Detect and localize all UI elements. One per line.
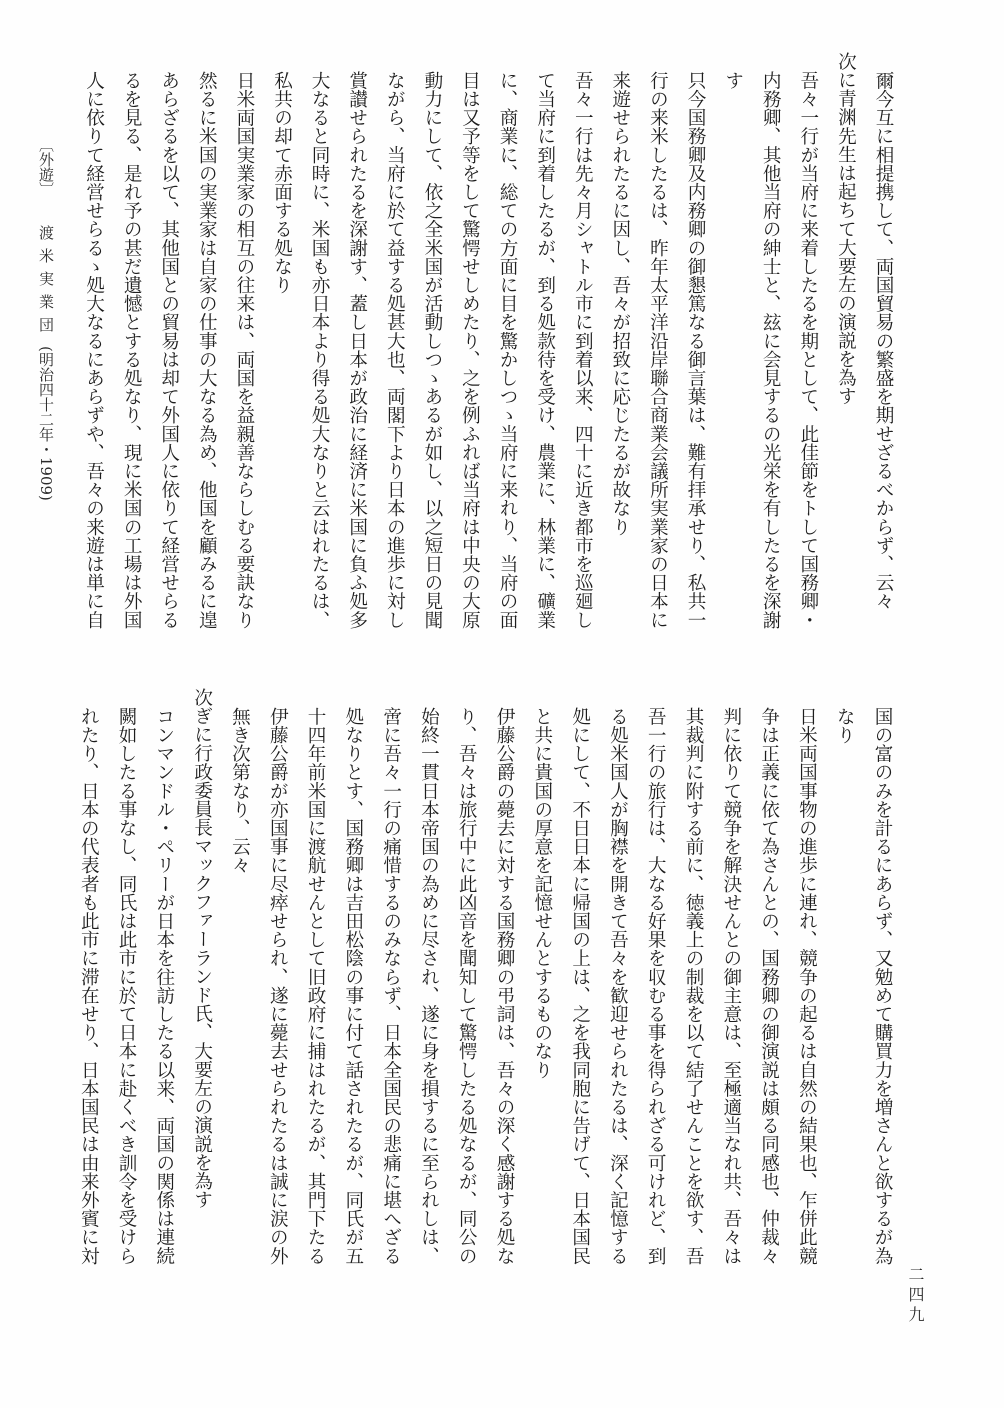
text-column: て当府に到着したるが、到る処款待を受け、農業に、林業に、礦業 (526, 52, 564, 652)
text-column: す (714, 52, 752, 652)
text-column: り、吾々は旅行中に此凶音を聞知して驚愕したる処なるが、同公の (447, 688, 485, 1288)
page-number: 二四九 (906, 1266, 924, 1326)
text-column-narrative: 次に青渊先生は起ちて大要左の演説を為す (827, 52, 865, 652)
text-column: 十四年前米国に渡航せんとして旧政府に捕はれたるが、其門下たる (296, 688, 334, 1288)
text-column: 国の富のみを計るにあらず、又勉めて購買力を増さんと欲するが為 (863, 688, 901, 1288)
text-column: 爾今互に相提携して、両国貿易の繁盛を期せざるべからず、云々 (864, 52, 902, 652)
text-column: 吾々一行が当府に来着したるを期として、此佳節をトして国務卿・ (789, 52, 827, 652)
text-column: 伊藤公爵が亦国事に尽瘁せられ、遂に薨去せられたるは誠に涙の外 (258, 688, 296, 1288)
book-page: 〔外遊〕渡米実業団(明治四十二年・1909) 爾今互に相提携して、両国貿易の繁盛… (0, 0, 1004, 1408)
text-column: る処米国人が胸襟を開きて吾々を歓迎せられたるは、深く記憶する (599, 688, 637, 1288)
text-column: 私共の却て赤面する処なり (263, 52, 301, 652)
text-column: コンマンドル・ペリーが日本を往訪したる以来、両国の関係は連続 (145, 688, 183, 1288)
text-column: 動力にして、依之全米国が活動しつゝあるが如し、以之短日の見聞 (413, 52, 451, 652)
text-column: なり (825, 688, 863, 1288)
text-column: と共に貴国の厚意を記憶せんとするものなり (523, 688, 561, 1288)
text-column: 其裁判に附する前に、徳義上の制裁を以て結了せんことを欲す、吾 (674, 688, 712, 1288)
text-column: 争は正義に依て為さんとの、国務卿の御演説は頗る同感也、仲裁々 (750, 688, 788, 1288)
upper-text-block: 爾今互に相提携して、両国貿易の繁盛を期せざるべからず、云々 次に青渊先生は起ちて… (75, 52, 902, 652)
text-column: ながら、当府に於て益する処甚大也、両閣下より日本の進歩に対し (376, 52, 414, 652)
text-column: 只今国務卿及内務卿の御懇篤なる御言葉は、難有拝承せり、私共一 (676, 52, 714, 652)
lower-text-block: 国の富のみを計るにあらず、又勉めて購買力を増さんと欲するが為 なり 日米両国事物… (69, 688, 901, 1288)
text-column: 賞讃せられたるを深謝す、蓋し日本が政治に経済に米国に負ふ処多 (338, 52, 376, 652)
text-column: 無き次第なり、云々 (221, 688, 259, 1288)
text-column: 始終一貫日本帝国の為めに尽され、遂に身を損するに至られしは、 (410, 688, 448, 1288)
running-head: 〔外遊〕渡米実業団(明治四十二年・1909) (37, 137, 55, 501)
text-column: るを見る、是れ予の甚だ遺憾とする処なり、現に米国の工場は外国 (113, 52, 151, 652)
text-column: 人に依りて経営せらるゝ処大なるにあらずや、吾々の来遊は単に自 (75, 52, 113, 652)
text-column: 処なりとす、国務卿は吉田松陰の事に付て話されたるが、同氏が五 (334, 688, 372, 1288)
text-column: 処にして、不日日本に帰国の上は、之を我同胞に告げて、日本国民 (561, 688, 599, 1288)
text-column: 日米両国事物の進歩に連れ、競争の起るは自然の結果也、乍併此競 (788, 688, 826, 1288)
text-column: 吾々一行は先々月シャトル市に到着以来、四十に近き都市を巡廻し (564, 52, 602, 652)
text-column: 内務卿、其他当府の紳士と、玆に会見するの光栄を有したるを深謝 (752, 52, 790, 652)
running-head-title: 渡米実業団 (37, 225, 55, 340)
text-column: 闕如したる事なし、同氏は此市に於て日本に赴くべき訓令を受けら (107, 688, 145, 1288)
text-column: 啻に吾々一行の痛惜するのみならず、日本全国民の悲痛に堪へざる (372, 688, 410, 1288)
text-column: 吾一行の旅行は、大なる好果を収むる事を得られざる可けれど、到 (636, 688, 674, 1288)
text-column: 日米両国実業家の相互の往来は、両国を益親善ならしむる要訣なり (225, 52, 263, 652)
running-head-era: (明治四十二年・1909) (37, 346, 55, 501)
text-column: あらざるを以て、其他国との貿易は却て外国人に依りて経営せらる (150, 52, 188, 652)
text-column: 然るに米国の実業家は自家の仕事の大なる為め、他国を顧みるに遑 (188, 52, 226, 652)
text-column: 判に依りて競争を解決せんとの御主意は、至極適当なれ共、吾々は (712, 688, 750, 1288)
text-column: 来遊せられたるに因し、吾々が招致に応じたるが故なり (601, 52, 639, 652)
text-column: 行の来米したるは、昨年太平洋沿岸聯合商業会議所実業家の日本に (639, 52, 677, 652)
text-column-narrative: 次ぎに行政委員長マックファーランド氏、大要左の演説を為す (183, 688, 221, 1288)
text-column: に、商業に、総ての方面に目を驚かしつゝ当府に来れり、当府の面 (488, 52, 526, 652)
text-column: 大なると同時に、米国も亦日本より得る処大なりと云はれたるは、 (301, 52, 339, 652)
text-column: れたり、日本の代表者も此市に滞在せり、日本国民は由来外賓に対 (69, 688, 107, 1288)
text-column: 伊藤公爵の薨去に対する国務卿の弔詞は、吾々の深く感謝する処な (485, 688, 523, 1288)
text-column: 目は又予等をして驚愕せしめたり、之を例ふれば当府は中央の大原 (451, 52, 489, 652)
running-head-category: 〔外遊〕 (37, 137, 55, 197)
